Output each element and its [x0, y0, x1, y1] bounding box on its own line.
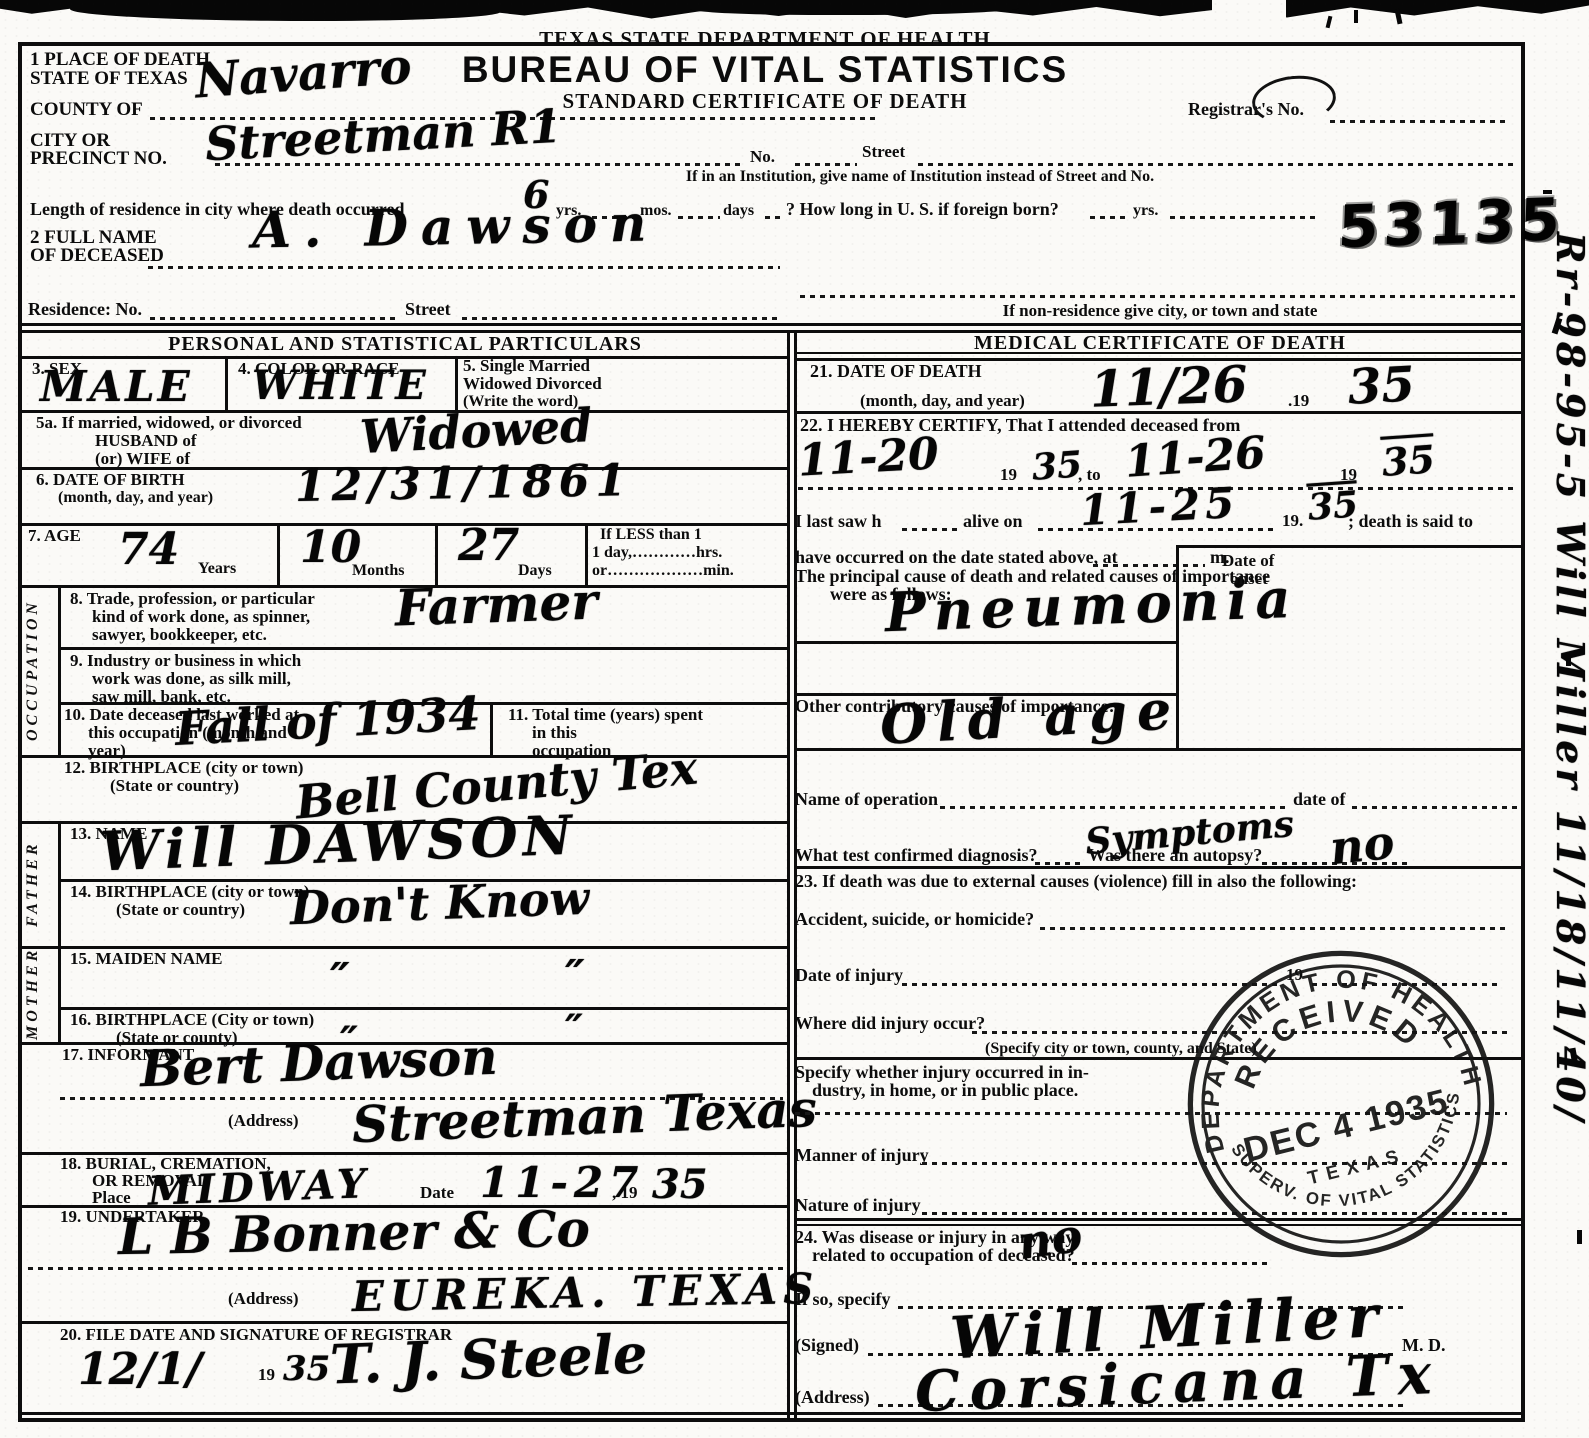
- undertaker-value: L B Bonner & Co: [118, 1204, 591, 1262]
- dotted-rule: [1330, 120, 1505, 123]
- margin-note: Rr-98-95-5 Will Miller 11/18/11/40/: [1551, 232, 1589, 1252]
- age-months-label: Months: [352, 562, 404, 579]
- how-long-in-us-label: ? How long in U. S. if foreign born?: [786, 200, 1059, 219]
- non-residence-note: If non-residence give city, or town and …: [910, 302, 1410, 320]
- trade-label-line2: kind of work done, as spinner,: [92, 608, 310, 626]
- dotted-rule: [1352, 806, 1517, 809]
- total-time-label-line1: 11. Total time (years) spent: [508, 706, 703, 724]
- last-worked-value: Fall of 1934: [174, 690, 481, 752]
- date-of-death-sub: (month, day, and year): [860, 392, 1025, 410]
- birthplace-label-line2: (State or country): [110, 777, 239, 795]
- age-less-line3: or………………min.: [592, 562, 734, 579]
- date-of-birth-value: 12/31/1861: [295, 459, 633, 509]
- attended-to-year: 35: [1381, 440, 1436, 482]
- file-date-value: 12/1/: [78, 1348, 202, 1392]
- autopsy-value: no: [1328, 819, 1397, 871]
- trade-label-line1: 8. Trade, profession, or particular: [70, 590, 315, 608]
- date-of-death-value: 11/26: [1089, 359, 1248, 414]
- industry-label-line2: work was done, as silk mill,: [92, 670, 291, 688]
- mother-side-label: MOTHER: [24, 948, 54, 1040]
- rule: [794, 641, 1179, 644]
- autopsy-label: Was there an autopsy?: [1088, 846, 1262, 865]
- or-wife-of-label: (or) WIFE of: [95, 450, 190, 468]
- informant-value: Bert Dawson: [139, 1032, 498, 1094]
- external-causes-label: 23. If death was due to external causes …: [795, 872, 1357, 891]
- color-race-value: WHITE: [252, 366, 429, 406]
- date-of-death-label: 21. DATE OF DEATH: [810, 362, 982, 381]
- age-days-value: 27: [458, 524, 519, 568]
- father-birthplace-value: Don't Know: [289, 875, 590, 931]
- sex-value: MALE: [40, 366, 193, 408]
- rule: [18, 1321, 790, 1324]
- date-of-death-year: 35: [1347, 360, 1416, 411]
- attended-from-value: 11-20: [797, 432, 940, 483]
- rule: [787, 330, 790, 1418]
- operation-date-of-label: date of: [1293, 790, 1346, 809]
- county-label: COUNTY OF: [30, 100, 143, 121]
- rule: [1176, 545, 1524, 548]
- dotted-rule: [1090, 216, 1130, 219]
- dotted-rule: [765, 216, 781, 219]
- maiden-name-ditto2: ″: [565, 955, 585, 999]
- trade-label-line3: sawyer, bookkeeper, etc.: [92, 626, 267, 644]
- dotted-rule: [678, 216, 720, 219]
- father-name-value: Will DAWSON: [99, 808, 578, 879]
- trade-value: Farmer: [394, 576, 598, 633]
- rule: [58, 647, 790, 650]
- institution-note: If in an Institution, give name of Insti…: [650, 168, 1190, 185]
- state-of-texas-label: STATE OF TEXAS: [30, 69, 188, 90]
- last-saw-post: ; death is said to: [1348, 512, 1473, 531]
- scan-artifact: [1250, 72, 1339, 129]
- registrar-signature: T. J. Steele: [329, 1326, 648, 1391]
- date-of-birth-sub: (month, day, and year): [58, 489, 213, 506]
- scan-artifact: [1212, 0, 1286, 26]
- rule: [58, 946, 61, 1042]
- rule: [18, 42, 22, 1422]
- last-saw-pre: I last saw h: [795, 512, 882, 531]
- industry-label-line1: 9. Industry or business in which: [70, 652, 301, 670]
- date-of-death-19: .19: [1288, 392, 1309, 410]
- dotted-rule: [795, 163, 857, 166]
- county-value: Navarro: [194, 43, 413, 106]
- dotted-rule: [215, 163, 740, 166]
- age-less-line2: 1 day,…………hrs.: [592, 544, 722, 561]
- street-label: Street: [862, 143, 905, 161]
- date-of-onset-line2: onset: [1230, 570, 1268, 588]
- attended-from-year: 35: [1031, 446, 1083, 485]
- date-of-birth-label: 6. DATE OF BIRTH: [36, 471, 185, 489]
- rule: [18, 356, 790, 359]
- total-time-label-line2: in this: [532, 724, 577, 742]
- rule: [58, 821, 61, 946]
- last-saw-mid: alive on: [963, 512, 1023, 531]
- city-value: Streetman R1: [204, 103, 563, 168]
- rule: [490, 702, 493, 757]
- test-label: What test confirmed diagnosis?: [795, 846, 1038, 865]
- maiden-name-ditto1: ″: [330, 958, 350, 1002]
- mother-birthplace-label-line1: 16. BIRTHPLACE (City or town): [70, 1011, 314, 1029]
- father-birthplace-label-line2: (State or country): [116, 901, 245, 919]
- file-date-19: 19: [258, 1366, 275, 1384]
- rule: [435, 523, 438, 585]
- father-birthplace-label-line1: 14. BIRTHPLACE (city or town): [70, 883, 309, 901]
- rule: [18, 1412, 1525, 1415]
- dotted-rule: [918, 163, 1518, 166]
- undertaker-address-label: (Address): [228, 1290, 299, 1308]
- residence-label: Residence: No.: [28, 300, 142, 319]
- scan-artifact: [690, 0, 1020, 15]
- scan-artifact: [1326, 16, 1333, 29]
- title-department: TEXAS STATE DEPARTMENT OF HEALTH: [465, 28, 1065, 51]
- dotted-rule: [1170, 216, 1320, 219]
- last-saw-19: 19.: [1282, 512, 1303, 530]
- certificate-number-stamp: 53135: [1337, 188, 1566, 259]
- occupation-side-label: OCCUPATION: [24, 588, 54, 753]
- rule: [794, 352, 1524, 354]
- rule: [18, 1418, 1525, 1422]
- full-name-label2: OF DECEASED: [30, 246, 164, 267]
- dotted-rule: [462, 317, 780, 320]
- days-label: days: [723, 202, 754, 219]
- personal-particulars-header: PERSONAL AND STATISTICAL PARTICULARS: [60, 334, 750, 356]
- informant-address-label: (Address): [228, 1112, 299, 1130]
- marital-options-line1: 5. Single Married: [463, 357, 590, 375]
- scan-artifact: [70, 0, 500, 21]
- scan-artifact: [1354, 10, 1358, 23]
- last-saw-value: 11-25: [1079, 482, 1240, 532]
- attended-to-label: , to: [1078, 466, 1101, 484]
- age-label: 7. AGE: [28, 527, 81, 545]
- rule: [225, 356, 228, 410]
- specify-injury-line2: dustry, in home, or in public place.: [812, 1081, 1078, 1100]
- maiden-name-label: 15. MAIDEN NAME: [70, 950, 223, 968]
- operation-label: Name of operation: [795, 790, 938, 809]
- accident-label: Accident, suicide, or homicide?: [795, 910, 1034, 929]
- dotted-rule: [150, 317, 400, 320]
- married-widowed-label: 5a. If married, widowed, or divorced: [36, 414, 302, 432]
- dotted-rule: [1035, 862, 1083, 865]
- if-so-specify-label: If so, specify: [795, 1290, 891, 1309]
- nature-of-injury-label: Nature of injury: [795, 1196, 921, 1215]
- rule: [455, 356, 458, 410]
- informant-address-value: Streetman Texas: [351, 1084, 817, 1150]
- where-injury-label: Where did injury occur?: [795, 1014, 985, 1033]
- burial-date-label: Date: [420, 1184, 454, 1202]
- rule: [277, 523, 280, 585]
- husband-of-label: HUSBAND of: [95, 432, 197, 450]
- precinct-no-label: PRECINCT NO.: [30, 149, 167, 170]
- marital-options-line2: Widowed Divorced: [463, 375, 602, 393]
- signed-label: (Signed): [795, 1336, 859, 1355]
- address-label: (Address): [795, 1388, 870, 1407]
- injury-date-label: Date of injury: [795, 966, 903, 985]
- dotted-rule: [800, 295, 1515, 298]
- birthplace-label-line1: 12. BIRTHPLACE (city or town): [64, 759, 303, 777]
- related-occupation-value: no: [1015, 1212, 1085, 1266]
- death-certificate-document: 1 PLACE OF DEATH STATE OF TEXAS COUNTY O…: [0, 0, 1589, 1438]
- father-side-label: FATHER: [24, 824, 54, 944]
- rule: [794, 411, 1524, 414]
- married-widowed-value: Widowed: [359, 402, 593, 460]
- full-name-value: A. Dawson: [252, 198, 660, 255]
- title-bureau: BUREAU OF VITAL STATISTICS: [430, 50, 1100, 90]
- manner-of-injury-label: Manner of injury: [795, 1146, 929, 1165]
- attended-to-19: 19: [1340, 466, 1357, 484]
- dotted-rule: [902, 528, 958, 531]
- attended-to-value: 11-26: [1124, 431, 1267, 485]
- occurred-label: have occurred on the date stated above, …: [795, 548, 1118, 567]
- no-label: No.: [750, 148, 775, 166]
- physician-address: Corsicana Tx: [914, 1346, 1442, 1420]
- date-of-onset-line1: Date of: [1222, 552, 1274, 570]
- undertaker-address-value: EUREKA. TEXAS: [352, 1268, 820, 1318]
- rule: [794, 748, 1524, 751]
- age-less-line1: If LESS than 1: [600, 526, 702, 543]
- age-years-value: 74: [118, 528, 179, 572]
- rule: [794, 866, 1524, 869]
- received-stamp: DEPARTMENT OF HEALTH RECEIVED DEC 4 1935…: [1149, 912, 1532, 1295]
- burial-date-year: 35: [652, 1165, 708, 1205]
- residence-street-label: Street: [405, 300, 451, 319]
- rule: [58, 585, 61, 757]
- dotted-rule: [148, 266, 780, 269]
- burial-date-19: , 19: [612, 1184, 638, 1202]
- age-years-label: Years: [198, 560, 236, 577]
- rule: [18, 323, 1525, 326]
- file-date-year: 35: [283, 1352, 330, 1386]
- yrs2-label: yrs.: [1133, 202, 1158, 219]
- contributory-value: Old age: [879, 682, 1183, 752]
- attended-from-19: 19: [1000, 466, 1017, 484]
